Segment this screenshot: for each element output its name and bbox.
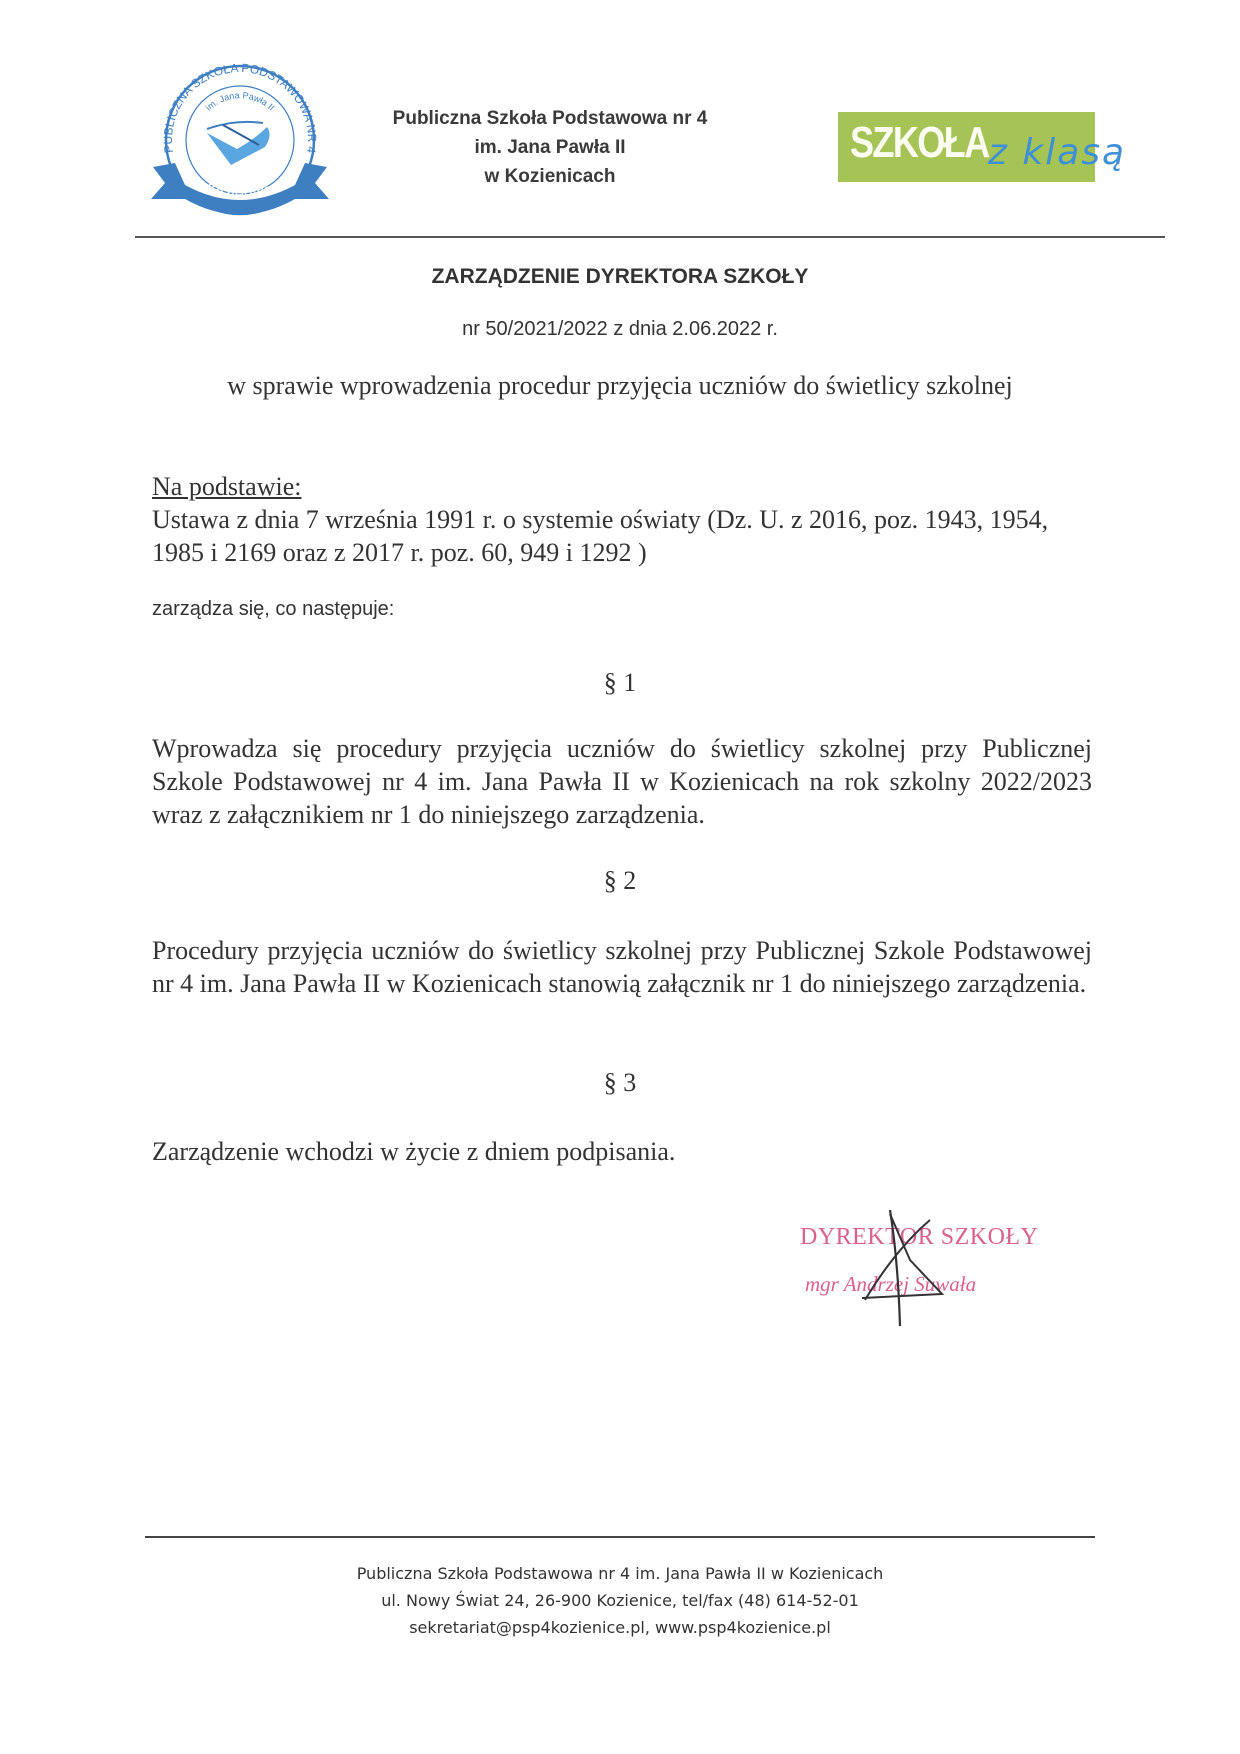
- school-name-line-1: Publiczna Szkoła Podstawowa nr 4: [340, 104, 760, 133]
- document-subject: w sprawie wprowadzenia procedur przyjęci…: [140, 371, 1100, 401]
- szkola-z-klasa-logo: SZKOŁA z klasą: [838, 110, 1128, 190]
- director-stamp: DYREKTOR SZKOŁY mgr Andrzej Suwała: [760, 1210, 1060, 1340]
- legal-basis-label: Na podstawie:: [152, 470, 301, 503]
- school-name-header: Publiczna Szkoła Podstawowa nr 4 im. Jan…: [340, 104, 760, 191]
- section-2-text: Procedury przyjęcia uczniów do świetlicy…: [152, 934, 1092, 1000]
- document-title: ZARZĄDZENIE DYREKTORA SZKOŁY: [0, 265, 1240, 289]
- section-1-mark: § 1: [0, 668, 1240, 698]
- school-logo: PUBLICZNA SZKOŁA PODSTAWOWA NR 4 im. Jan…: [145, 55, 335, 225]
- section-1-text: Wprowadza się procedury przyjęcia ucznió…: [152, 732, 1092, 831]
- section-3-text: Zarządzenie wchodzi w życie z dniem podp…: [152, 1135, 1092, 1168]
- footer-school-name: Publiczna Szkoła Podstawowa nr 4 im. Jan…: [0, 1560, 1240, 1587]
- logo-word-z-klasa: z klasą: [988, 132, 1126, 173]
- school-name-line-3: w Kozienicach: [340, 162, 760, 191]
- footer-divider: [145, 1536, 1095, 1538]
- footer-email-web: sekretariat@psp4kozienice.pl, www.psp4ko…: [0, 1614, 1240, 1641]
- section-2-mark: § 2: [0, 866, 1240, 896]
- footer-address: ul. Nowy Świat 24, 26-900 Kozienice, tel…: [0, 1587, 1240, 1614]
- header-divider: [135, 236, 1165, 238]
- ordering-clause: zarządza się, co następuje:: [152, 598, 394, 621]
- section-3-mark: § 3: [0, 1068, 1240, 1098]
- handwritten-signature-icon: [760, 1210, 1060, 1340]
- logo-word-szkola: SZKOŁA: [850, 118, 988, 168]
- document-number: nr 50/2021/2022 z dnia 2.06.2022 r.: [0, 318, 1240, 341]
- school-name-line-2: im. Jana Pawła II: [340, 133, 760, 162]
- footer-contact: Publiczna Szkoła Podstawowa nr 4 im. Jan…: [0, 1560, 1240, 1641]
- legal-basis-text: Ustawa z dnia 7 września 1991 r. o syste…: [152, 503, 1092, 569]
